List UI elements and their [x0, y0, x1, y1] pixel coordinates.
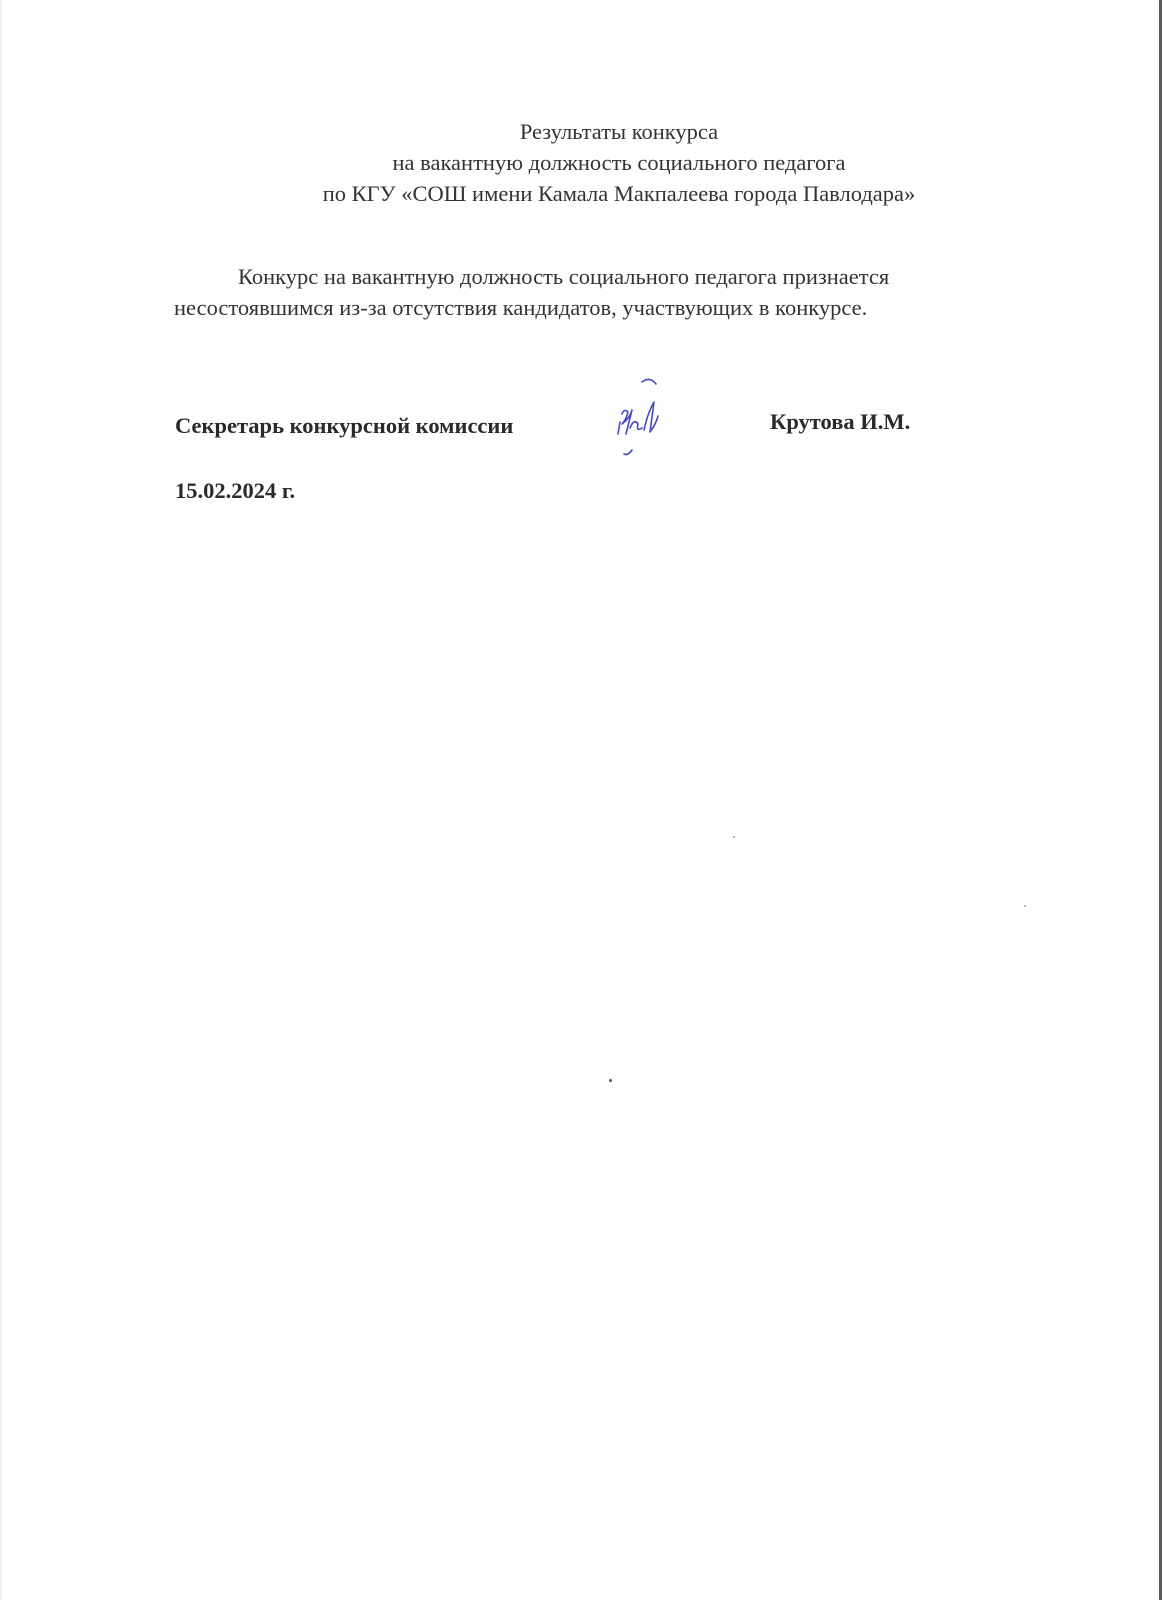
title-line-1: Результаты конкурса — [0, 116, 1163, 147]
signatory-name: Крутова И.М. — [770, 409, 910, 435]
scanned-page: Результаты конкурса на вакантную должнос… — [0, 0, 1160, 1600]
handwritten-signature-icon — [608, 372, 678, 462]
document-date: 15.02.2024 г. — [175, 478, 295, 504]
signatory-role: Секретарь конкурсной комиссии — [175, 413, 513, 439]
title-line-2: на вакантную должность социального педаг… — [0, 147, 1163, 178]
document-body: Конкурс на вакантную должность социально… — [174, 261, 889, 323]
body-line-1: Конкурс на вакантную должность социально… — [174, 261, 889, 292]
scan-speck — [1024, 905, 1026, 907]
scan-speck — [733, 836, 735, 838]
document-title: Результаты конкурса на вакантную должнос… — [0, 116, 1163, 209]
body-line-2: несостоявшимся из-за отсутствия кандидат… — [174, 292, 889, 323]
scan-speck — [609, 1079, 612, 1082]
page-right-edge — [1159, 0, 1162, 1600]
page-left-edge — [0, 0, 2, 1600]
title-line-3: по КГУ «СОШ имени Камала Макпалеева горо… — [0, 178, 1163, 209]
